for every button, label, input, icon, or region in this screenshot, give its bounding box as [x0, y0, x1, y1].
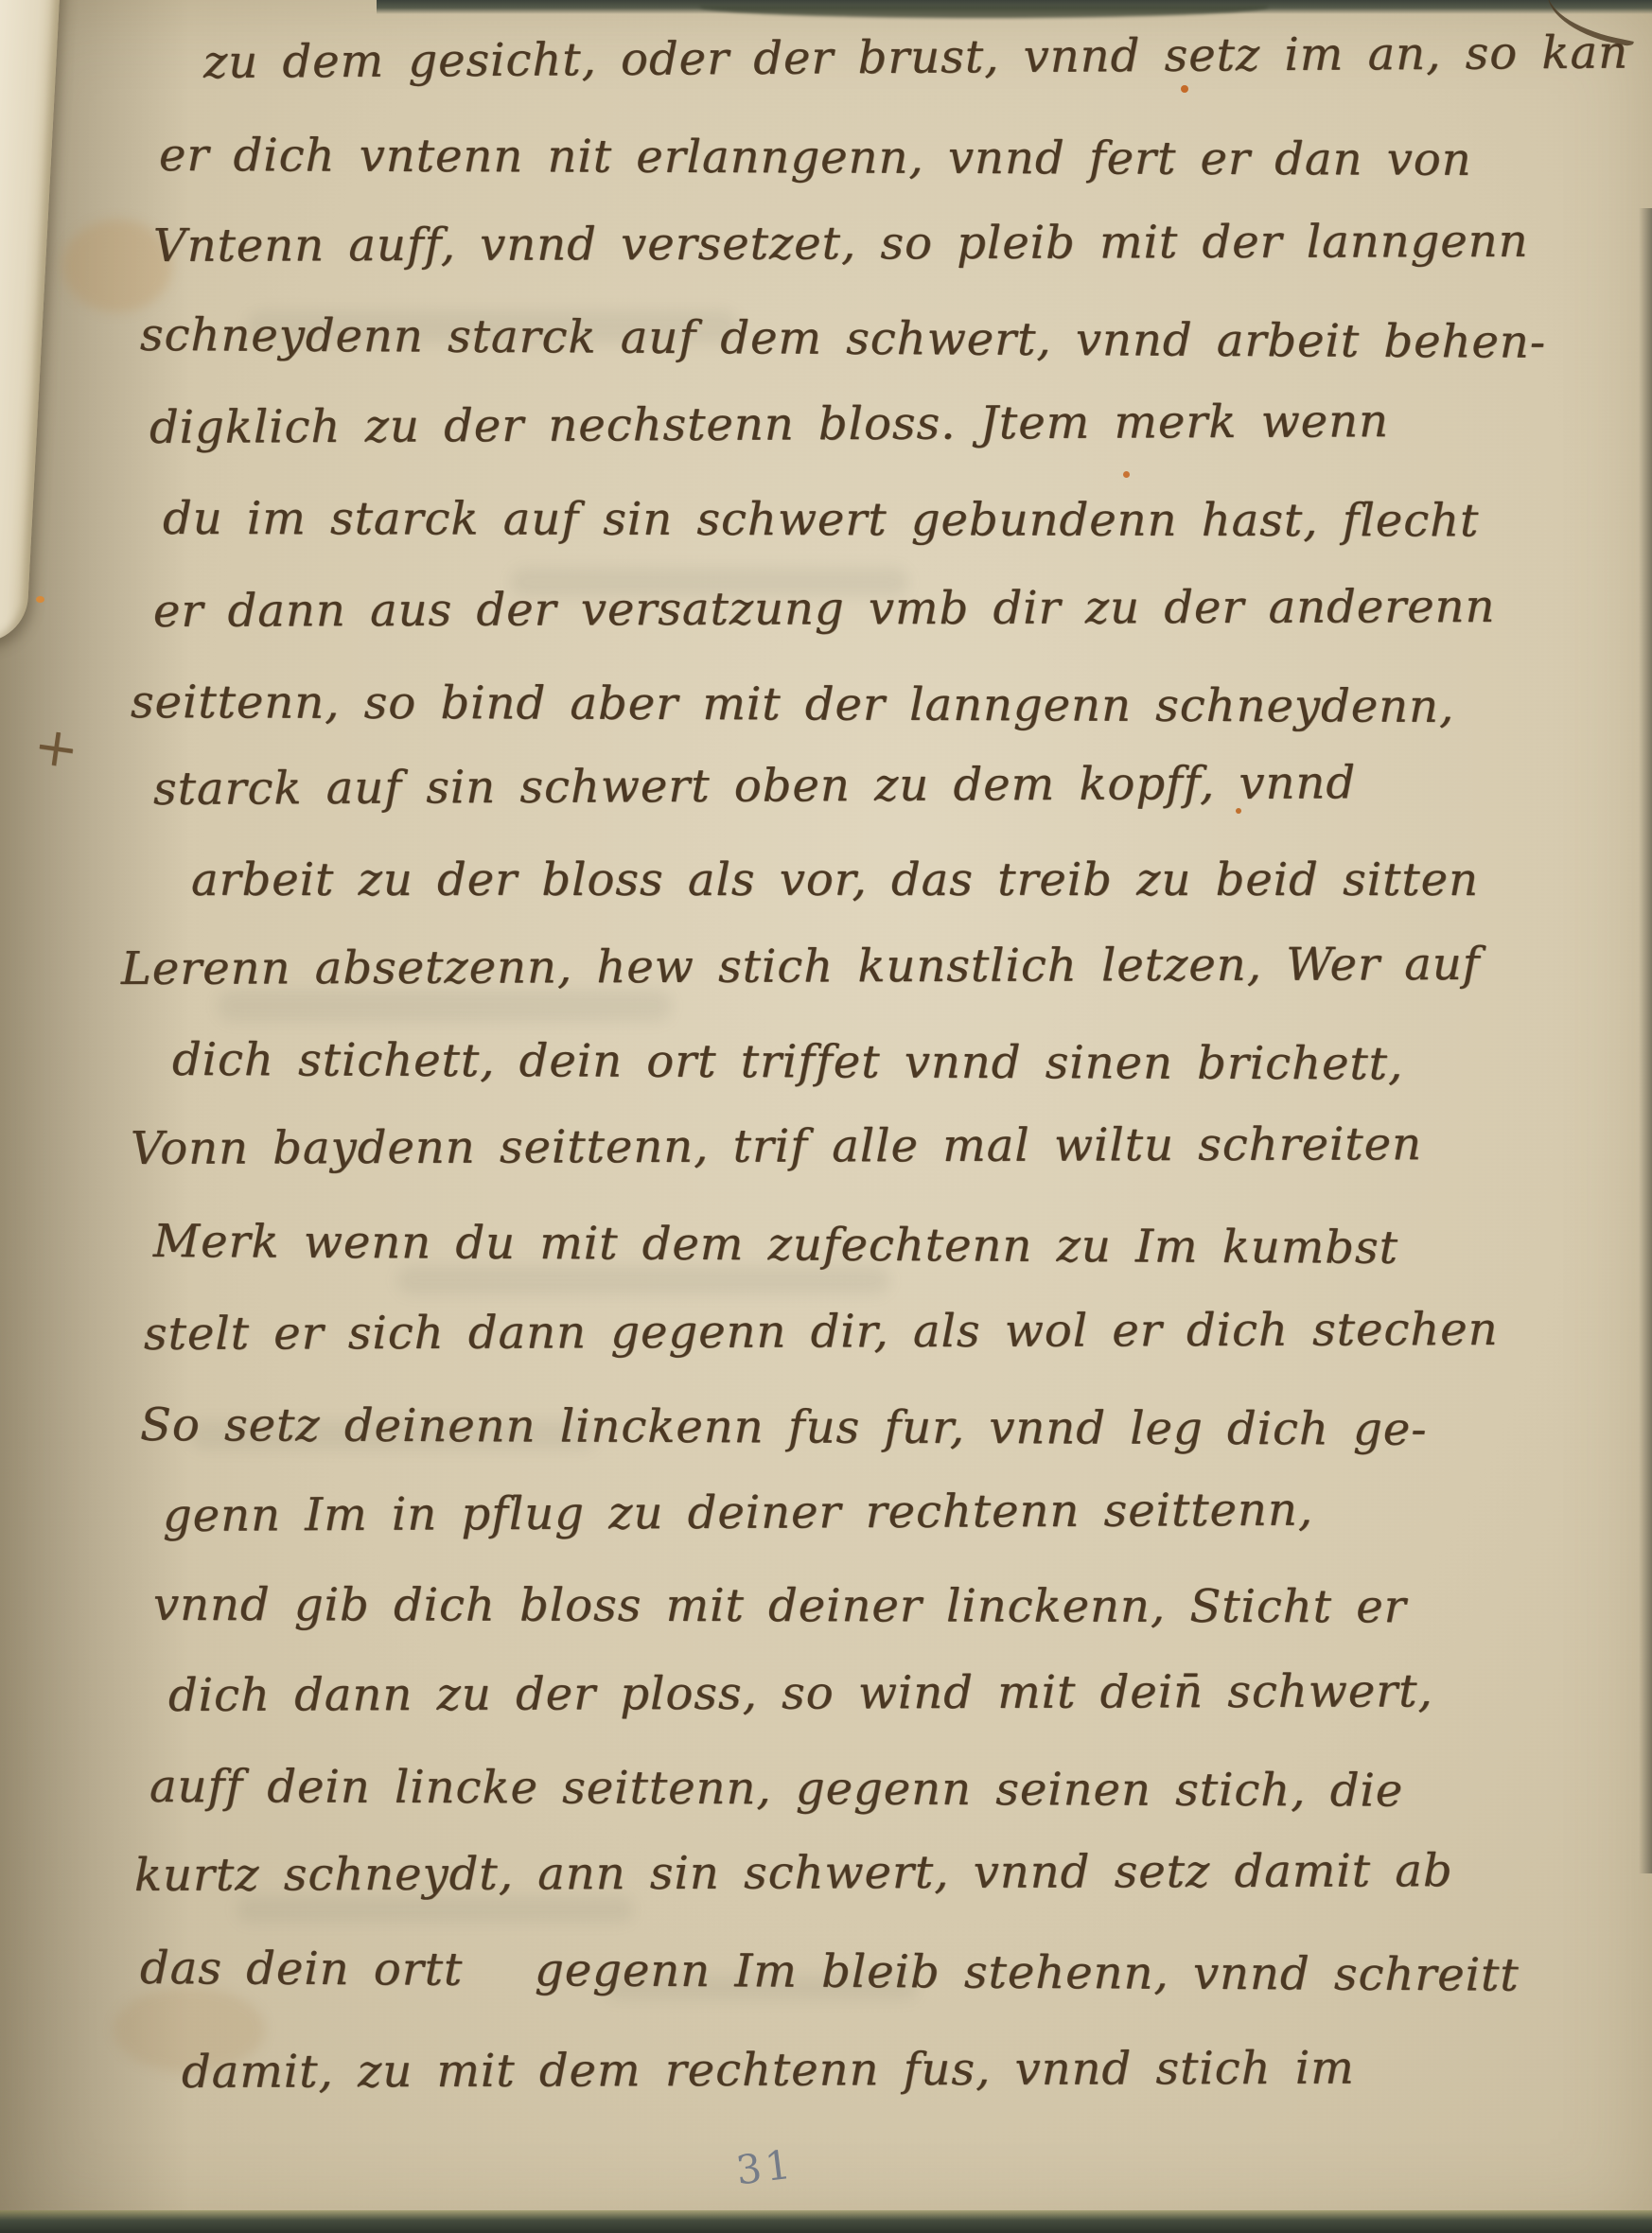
manuscript-line: vnnd gib dich bloss mit deiner linckenn,…: [153, 1578, 1407, 1633]
manuscript-line: Lerenn absetzenn, hew stich kunstlich le…: [121, 938, 1481, 995]
manuscript-line: zu dem gesicht, oder der brust, vnnd set…: [203, 26, 1628, 89]
manuscript-line: dich stichett, dein ort triffet vnnd sin…: [172, 1033, 1403, 1091]
manuscript-line: starck auf sin schwert oben zu dem kopff…: [153, 756, 1356, 816]
manuscript-line: Vonn baydenn seittenn, trif alle mal wil…: [131, 1117, 1422, 1175]
manuscript-line: du im starck auf sin schwert gebundenn h…: [163, 492, 1479, 547]
manuscript-line: stelt er sich dann gegenn dir, als wol e…: [144, 1303, 1499, 1361]
manuscript-line: arbeit zu der bloss als vor, das treib z…: [191, 853, 1479, 906]
margin-cross-mark: +: [30, 714, 83, 782]
manuscript-line: So setz deinenn linckenn fus fur, vnnd l…: [140, 1398, 1428, 1456]
manuscript-line: das dein ortt gegenn Im bleib stehenn, v…: [140, 1942, 1520, 2002]
manuscript-line: er dich vntenn nit erlanngenn, vnnd fert…: [159, 129, 1472, 186]
manuscript-line: digklich zu der nechstenn bloss. Jtem me…: [149, 395, 1389, 454]
manuscript-line: Vntenn auff, vnnd versetzet, so pleib mi…: [153, 215, 1529, 273]
text-block: zu dem gesicht, oder der brust, vnnd set…: [0, 0, 1652, 2233]
manuscript-line: er dann aus der versatzung vmb dir zu de…: [153, 580, 1496, 638]
manuscript-line: kurtz schneydt, ann sin schwert, vnnd se…: [134, 1844, 1453, 1902]
manuscript-line: genn Im in pflug zu deiner rechtenn seit…: [163, 1484, 1313, 1542]
manuscript-line: schneydenn starck auf dem schwert, vnnd …: [140, 308, 1546, 369]
page-number: 31: [733, 2140, 797, 2193]
manuscript-line: damit, zu mit dem rechtenn fus, vnnd sti…: [182, 2042, 1355, 2099]
manuscript-line: Merk wenn du mit dem zufechtenn zu Im ku…: [153, 1215, 1398, 1275]
manuscript-page: zu dem gesicht, oder der brust, vnnd set…: [0, 0, 1652, 2233]
manuscript-line: auff dein lincke seittenn, gegenn seinen…: [149, 1760, 1403, 1818]
manuscript-line: dich dann zu der ploss, so wind mit dein…: [168, 1664, 1433, 1722]
manuscript-line: seittenn, so bind aber mit der lanngenn …: [131, 676, 1454, 733]
